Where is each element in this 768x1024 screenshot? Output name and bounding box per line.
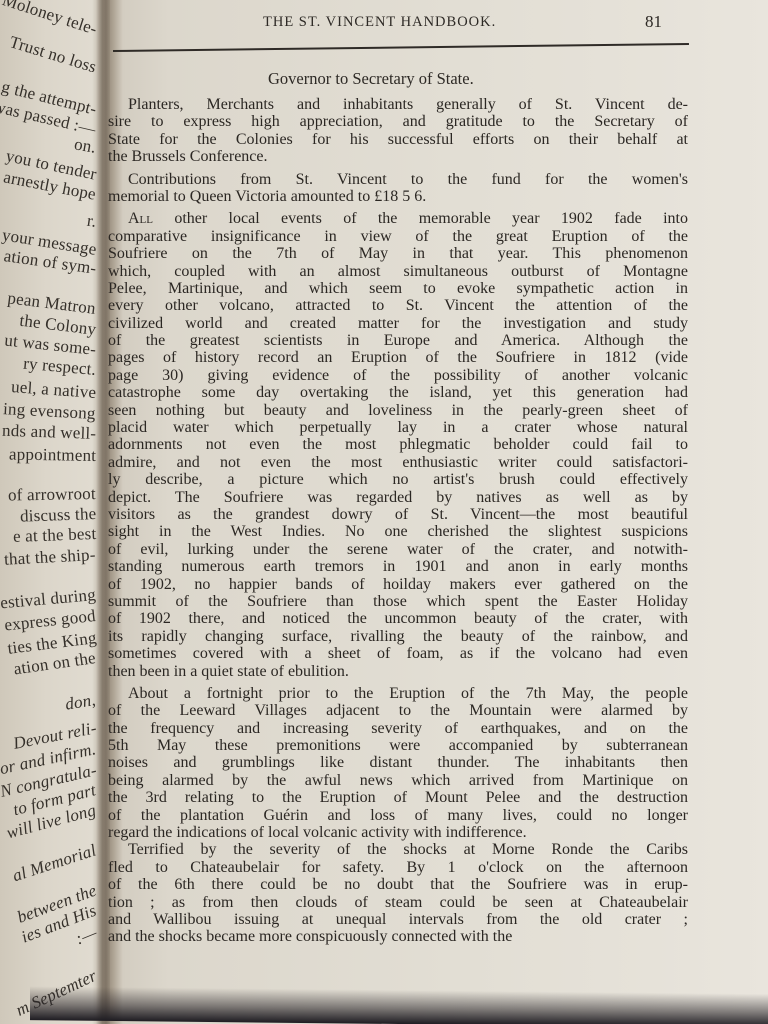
text-line: seen nothing but beauty and loveliness i… xyxy=(108,402,688,419)
text-line: tion ; as from then clouds of steam coul… xyxy=(108,894,688,911)
facing-page-line: appointment xyxy=(9,444,97,466)
body-text: Planters, Merchants and inhabitants gene… xyxy=(108,96,688,946)
text-line: placid water which perpetually lay in a … xyxy=(108,419,688,436)
text-line: depict. The Soufriere was regarded by na… xyxy=(108,489,688,506)
facing-page-line: Trust no loss xyxy=(7,32,98,77)
text-line: and Wallibou issuing at unequal interval… xyxy=(108,911,688,928)
text-line: of the plantation Guérin and loss of man… xyxy=(108,807,688,824)
text-line: ly describe, a picture which no artist's… xyxy=(108,471,688,488)
text-line: comparative insignificance in view of th… xyxy=(108,228,688,245)
paragraph: All other local events of the memorable … xyxy=(108,210,688,680)
text-line: regard the indications of local volcanic… xyxy=(108,824,688,841)
text-line: adornments not even the most phlegmatic … xyxy=(108,436,688,453)
text-line: of the 6th there could be no doubt that … xyxy=(108,876,688,893)
text-line: Contributions from St. Vincent to the fu… xyxy=(108,171,688,188)
text-line: catastrophe some day overtaking the isla… xyxy=(108,384,688,401)
paragraph: Planters, Merchants and inhabitants gene… xyxy=(108,96,688,166)
header-rule xyxy=(113,43,689,52)
text-line: 5th May these premonitions were accompan… xyxy=(108,737,688,754)
text-line: its rapidly changing surface, rivalling … xyxy=(108,628,688,645)
text-line: the Brussels Conference. xyxy=(108,148,688,165)
text-line: being alarmed by the awful news which ar… xyxy=(108,772,688,789)
text-line: sight in the West Indies. No one cherish… xyxy=(108,523,688,540)
paragraph: Contributions from St. Vincent to the fu… xyxy=(108,171,688,206)
text-line: of 1902 there, and noticed the uncommon … xyxy=(108,610,688,627)
text-line: the frequency and increasing severity of… xyxy=(108,720,688,737)
bottom-shadow xyxy=(30,986,768,1024)
text-line: Terrified by the severity of the shocks … xyxy=(108,841,688,858)
text-line: fled to Chateaubelair for safety. By 1 o… xyxy=(108,859,688,876)
text-line: of 1902, no happier bands of hoilday mak… xyxy=(108,576,688,593)
text-line: Pelee, Martinique, and which seem to evo… xyxy=(108,280,688,297)
text-line: every other volcano, attracted to St. Vi… xyxy=(108,297,688,314)
text-line: civilized world and created matter for t… xyxy=(108,315,688,332)
text-line: then been in a quiet state of ebulition. xyxy=(108,663,688,680)
text-line: which, coupled with an almost simultaneo… xyxy=(108,263,688,280)
section-title: Governor to Secretary of State. xyxy=(268,69,474,89)
text-line: of the greatest scientists in Europe and… xyxy=(108,332,688,349)
text-line: standing numerous earth tremors in 1901 … xyxy=(108,558,688,575)
running-head: THE ST. VINCENT HANDBOOK. xyxy=(263,14,496,31)
text-line: of evil, lurking under the serene water … xyxy=(108,541,688,558)
text-line: the 3rd relating to the Eruption of Moun… xyxy=(108,789,688,806)
facing-page-line: of arrowroot xyxy=(8,484,96,506)
facing-page-line: nds and well- xyxy=(2,421,97,444)
facing-page-fragment: Moloney tele-Trust no lossg the attempt-… xyxy=(0,0,98,1024)
page-number: 81 xyxy=(645,12,662,32)
paragraph: Terrified by the severity of the shocks … xyxy=(108,841,688,945)
book-spread: Moloney tele-Trust no lossg the attempt-… xyxy=(0,0,768,1024)
paragraph: About a fortnight prior to the Eruption … xyxy=(108,685,688,842)
text-line: sometimes covered with a sheet of foam, … xyxy=(108,645,688,662)
text-line: and the shocks became more conspicuously… xyxy=(108,928,688,945)
text-line: pages of history record an Eruption of t… xyxy=(108,349,688,366)
text-line: Planters, Merchants and inhabitants gene… xyxy=(108,96,688,113)
text-line: Soufriere on the 7th of May in that year… xyxy=(108,245,688,262)
small-caps-lead: All xyxy=(128,210,153,227)
text-line: All other local events of the memorable … xyxy=(108,210,688,227)
facing-page-line: al Memorial xyxy=(10,840,98,886)
text-line: State for the Colonies for his successfu… xyxy=(108,131,688,148)
text-line: About a fortnight prior to the Eruption … xyxy=(108,685,688,702)
facing-page-line: uel, a native xyxy=(10,377,96,403)
facing-page-line: on. xyxy=(73,134,98,157)
facing-page-line: r. xyxy=(85,211,97,232)
text-line: noises and grumblings like distant thund… xyxy=(108,754,688,771)
text-line: of the Leeward Villages adjacent to the … xyxy=(108,702,688,719)
text-line: memorial to Queen Victoria amounted to £… xyxy=(108,188,688,205)
facing-page-line: discuss the xyxy=(19,504,96,527)
text-line: visitors as the grandest dowry of St. Vi… xyxy=(108,506,688,523)
text-line: page 30) giving evidence of the possibil… xyxy=(108,367,688,384)
text-line: summit of the Soufriere than those which… xyxy=(108,593,688,610)
facing-page-line: don, xyxy=(64,690,97,715)
facing-page-line: that the ship- xyxy=(4,545,96,570)
text-line: admire, and not even the most enthusiast… xyxy=(108,454,688,471)
text-line: sire to express high appreciation, and g… xyxy=(108,113,688,130)
page-81: THE ST. VINCENT HANDBOOK. 81 Governor to… xyxy=(105,0,705,1024)
facing-page-line: e at the best xyxy=(12,524,96,547)
